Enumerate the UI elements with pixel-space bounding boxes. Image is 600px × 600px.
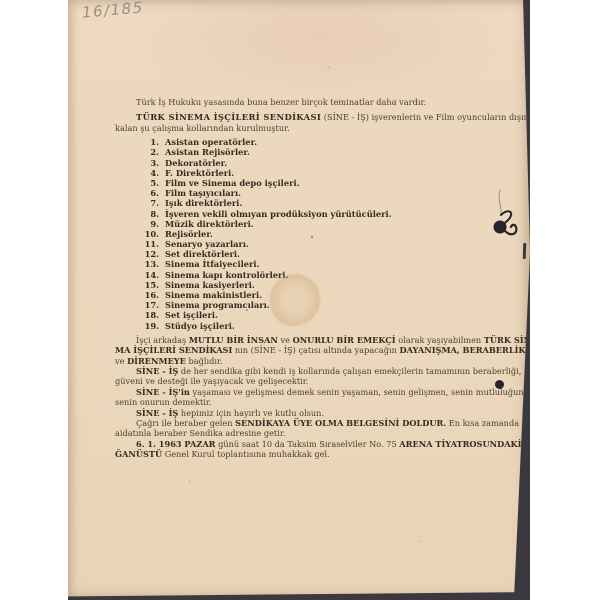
paragraph-line: güveni ve desteği ile yaşıyacak ve geliş… [115, 376, 517, 386]
text-segment-bold: SİNE - İŞ'in [136, 387, 190, 397]
list-number: 14. [115, 270, 165, 280]
list-number: 18. [115, 310, 165, 320]
text-segment: (SİNE - İŞ) işverenlerin ve Film oyuncul… [321, 112, 539, 122]
list-item: 3.Dekoratörler. [115, 158, 517, 168]
paper-speckle [418, 540, 421, 542]
text-segment-bold: TÜRK SİNE- [484, 335, 541, 345]
list-label: Film taşıyıcıları. [165, 188, 241, 198]
list-item: 8.İşveren vekili olmıyan prodüksiyon yür… [115, 209, 517, 219]
text-segment: nın (SİNE - İŞ) çatısı altında yapacağın [232, 345, 399, 355]
list-label: Asistan Rejisörler. [165, 147, 250, 157]
text-segment: Genel Kurul toplantısına muhakkak gel. [162, 449, 330, 459]
paper-edge-notch [523, 243, 527, 259]
heading-line-1: TÜRK SİNEMA İŞÇİLERİ SENDİKASI (SİNE - İ… [115, 112, 517, 123]
text-segment-bold: SİNE - İŞ [136, 408, 178, 418]
list-number: 9. [115, 219, 165, 229]
list-number: 11. [115, 239, 165, 249]
scan-photo: 16/185 Türk İş Hukuku yasasında buna ben… [0, 0, 600, 600]
list-label: Sinema kapı kontrolörleri. [165, 270, 288, 280]
paragraph-line: SİNE - İŞ de her sendika gibi kendi iş k… [115, 366, 517, 376]
text-segment-bold: DİRENMEYE [127, 356, 186, 366]
list-item: 4.F. Direktörleri. [115, 168, 517, 178]
text-segment: ve [278, 335, 293, 345]
list-label: Işık direktörleri. [165, 198, 242, 208]
text-segment-bold: DAYANIŞMA, BERABERLİK [400, 345, 526, 355]
list-number: 17. [115, 300, 165, 310]
list-item: 7.Işık direktörleri. [115, 198, 517, 208]
list-item: 14.Sinema kapı kontrolörleri. [115, 270, 517, 280]
paragraph-line: ve DİRENMEYE bağlıdır. [115, 356, 517, 366]
list-number: 4. [115, 168, 165, 178]
list-number: 2. [115, 147, 165, 157]
paragraph-line: MA İŞÇİLERİ SENDİKASI nın (SİNE - İŞ) ça… [115, 345, 517, 355]
text-segment-bold: 6. 1. 1963 PAZAR [136, 439, 215, 449]
text-segment-bold: MA İŞÇİLERİ SENDİKASI [115, 345, 232, 355]
paragraph-line: ĞANÜSTÜ Genel Kurul toplantısına muhakka… [115, 449, 517, 459]
heading-line-2: kalan şu çalışma kollarından kurulmuştur… [115, 123, 517, 134]
paper-speckle [311, 236, 313, 238]
intro-line: Türk İş Hukuku yasasında buna benzer bir… [115, 97, 517, 107]
paper-speckle [246, 309, 248, 311]
text-segment: günü saat 10 da Taksim Sıraselviler No. … [215, 439, 399, 449]
list-number: 19. [115, 321, 165, 331]
text-segment: Çağrı ile beraber gelen [136, 418, 235, 428]
list-label: Sinema İtfaiyecileri. [165, 259, 259, 269]
list-item: 19.Stüdyo işçileri. [115, 321, 517, 331]
list-item: 9.Müzik direktörleri. [115, 219, 517, 229]
list-number: 12. [115, 249, 165, 259]
list-label: Müzik direktörleri. [165, 219, 254, 229]
list-number: 7. [115, 198, 165, 208]
list-number: 13. [115, 259, 165, 269]
paragraph-line: aidatınla beraber Sendika adresine getir… [115, 428, 517, 438]
text-segment-bold: SİNE - İŞ [136, 366, 178, 376]
text-segment: bağlıdır. [186, 356, 223, 366]
text-segment: olarak yaşıyabilmen [396, 335, 484, 345]
paragraph-line: İşçi arkadaş MUTLU BİR İNSAN ve ONURLU B… [115, 335, 517, 345]
list-number: 16. [115, 290, 165, 300]
paragraph-line: senin onurun demektir. [115, 397, 517, 407]
list-item: 5.Film ve Sinema depo işçileri. [115, 178, 517, 188]
text-segment: yaşaması ve gelişmesi demek senin yaşama… [190, 387, 536, 397]
list-label: Dekoratörler. [165, 158, 227, 168]
list-item: 11.Senaryo yazarları. [115, 239, 517, 249]
list-label: Senaryo yazarları. [165, 239, 249, 249]
list-item: 2.Asistan Rejisörler. [115, 147, 517, 157]
list-number: 5. [115, 178, 165, 188]
list-label: Set işçileri. [165, 310, 218, 320]
list-item: 6.Film taşıyıcıları. [115, 188, 517, 198]
list-number: 6. [115, 188, 165, 198]
text-segment: de her sendika gibi kendi iş kollarında … [178, 366, 521, 376]
list-label: Rejisörler. [165, 229, 213, 239]
list-label: Sinema makinistleri. [165, 290, 262, 300]
union-name: TÜRK SİNEMA İŞÇİLERİ SENDİKASI [136, 112, 321, 122]
list-number: 3. [115, 158, 165, 168]
ink-dot [495, 380, 504, 389]
list-item: 10.Rejisörler. [115, 229, 517, 239]
list-label: F. Direktörleri. [165, 168, 234, 178]
text-segment: ve [115, 356, 127, 366]
list-number: 8. [115, 209, 165, 219]
list-label: İşveren vekili olmıyan prodüksiyon yürüt… [165, 209, 392, 219]
pencil-annotation: 16/185 [81, 0, 144, 20]
list-label: Sinema kasiyerleri. [165, 280, 255, 290]
list-label: Asistan operatörler. [165, 137, 257, 147]
list-label: Film ve Sinema depo işçileri. [165, 178, 300, 188]
paragraph-line: 6. 1. 1963 PAZAR günü saat 10 da Taksim … [115, 439, 517, 449]
paragraph-line: Çağrı ile beraber gelen SENDİKAYA ÜYE OL… [115, 418, 517, 428]
list-number: 1. [115, 137, 165, 147]
paper-speckle [188, 480, 191, 483]
text-segment-bold: MUTLU BİR İNSAN [189, 335, 278, 345]
text-segment-bold: SENDİKAYA ÜYE OLMA BELGESİNİ DOLDUR. [235, 418, 446, 428]
list-number: 10. [115, 229, 165, 239]
list-label: Sinema programcıları. [165, 300, 270, 310]
text-segment: İşçi arkadaş [136, 335, 189, 345]
list-item: 1.Asistan operatörler. [115, 137, 517, 147]
paper-speckle [327, 66, 330, 68]
list-item: 13.Sinema İtfaiyecileri. [115, 259, 517, 269]
document-text-block: Türk İş Hukuku yasasında buna benzer bir… [115, 97, 517, 460]
text-segment-bold: ONURLU BİR EMEKÇİ [293, 335, 396, 345]
list-label: Stüdyo işçileri. [165, 321, 235, 331]
text-segment: En kısa zamanda ilk [446, 418, 532, 428]
list-label: Set direktörleri. [165, 249, 240, 259]
paragraph-line: SİNE - İŞ'in yaşaması ve gelişmesi demek… [115, 387, 517, 397]
paper-speckle [395, 100, 397, 102]
paragraph-line: SİNE - İŞ hepimiz için hayırlı ve kutlu … [115, 408, 517, 418]
list-item: 12.Set direktörleri. [115, 249, 517, 259]
list-number: 15. [115, 280, 165, 290]
text-segment: hepimiz için hayırlı ve kutlu olsun. [178, 408, 324, 418]
document-paper: 16/185 Türk İş Hukuku yasasında buna ben… [68, 0, 530, 600]
text-segment-bold: ĞANÜSTÜ [115, 449, 162, 459]
